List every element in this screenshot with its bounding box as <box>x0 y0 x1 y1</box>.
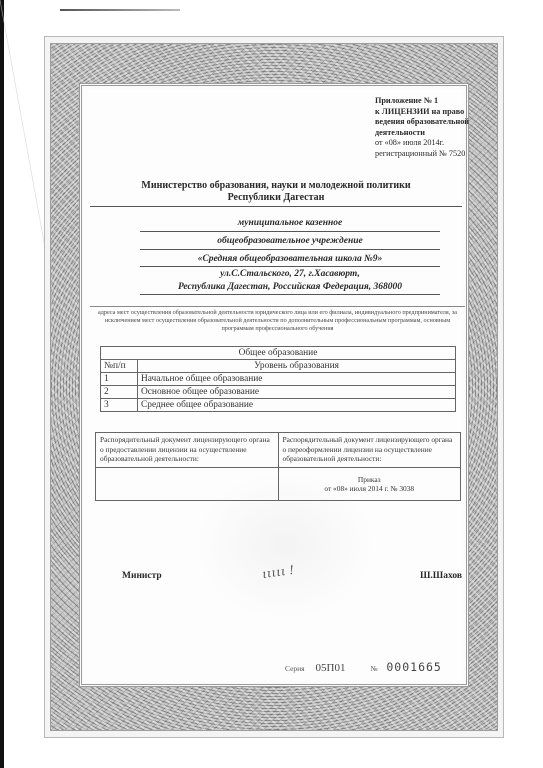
series-label: Серия <box>285 664 305 673</box>
divider <box>140 249 440 250</box>
institution-address: Республика Дагестан, Российская Федераци… <box>140 281 440 293</box>
ministry-title: Министерство образования, науки и молоде… <box>90 180 462 204</box>
row-number: 1 <box>101 373 138 386</box>
table-row: 1 Начальное общее образование <box>101 373 456 386</box>
appendix-line: Приложение № 1 <box>375 96 485 107</box>
column-header-level: Уровень образования <box>138 360 456 373</box>
form-serial: Серия 05П01 № 0001665 <box>285 660 442 674</box>
divider <box>90 306 465 307</box>
appendix-line: ведения образовательной <box>375 117 485 128</box>
education-levels-table: Общее образование №п/п Уровень образован… <box>100 346 456 412</box>
divider <box>140 294 440 295</box>
column-header-number: №п/п <box>101 360 138 373</box>
row-level: Начальное общее образование <box>138 373 456 386</box>
row-number: 3 <box>101 399 138 412</box>
appendix-line: деятельности <box>375 128 485 139</box>
divider <box>140 266 440 267</box>
table-row: 2 Основное общее образование <box>101 386 456 399</box>
ministry-line: Республики Дагестан <box>90 192 462 204</box>
institution-name: «Средняя общеобразовательная школа №9» <box>140 253 440 265</box>
row-number: 2 <box>101 386 138 399</box>
ministry-line: Министерство образования, науки и молоде… <box>90 180 462 192</box>
education-table-title: Общее образование <box>101 347 456 360</box>
appendix-date: от «08» июля 2014г. <box>375 138 485 149</box>
number-label: № <box>370 664 377 673</box>
scan-artifact-line <box>60 9 180 11</box>
address-note: адреса мест осуществления образовательно… <box>90 309 465 333</box>
signatory-title: Министр <box>122 571 162 581</box>
appendix-header: Приложение № 1 к ЛИЦЕНЗИИ на право веден… <box>375 96 485 159</box>
license-documents-table: Распорядительный документ лицензирующего… <box>95 432 461 501</box>
signatory-name: Ш.Шахов <box>420 571 462 581</box>
institution-type-line: муниципальное казенное <box>140 217 440 229</box>
divider <box>140 231 440 232</box>
grant-document-value <box>96 468 279 501</box>
row-level: Среднее общее образование <box>138 399 456 412</box>
order-date-number: от «08» июля 2014 г. № 3038 <box>283 484 457 494</box>
table-row: 3 Среднее общее образование <box>101 399 456 412</box>
divider <box>90 206 462 207</box>
reissue-document-value: Приказ от «08» июля 2014 г. № 3038 <box>278 468 461 501</box>
appendix-reg-number: регистрационный № 7520 <box>375 149 485 160</box>
appendix-line: к ЛИЦЕНЗИИ на право <box>375 107 485 118</box>
institution-type-line: общеобразовательное учреждение <box>140 235 440 247</box>
number-value: 0001665 <box>386 660 441 674</box>
row-level: Основное общее образование <box>138 386 456 399</box>
institution-address: ул.С.Стальского, 27, г.Хасавюрт, <box>140 268 440 280</box>
series-value: 05П01 <box>316 662 346 674</box>
order-label: Приказ <box>283 475 457 485</box>
grant-document-header: Распорядительный документ лицензирующего… <box>96 433 279 468</box>
reissue-document-header: Распорядительный документ лицензирующего… <box>278 433 461 468</box>
